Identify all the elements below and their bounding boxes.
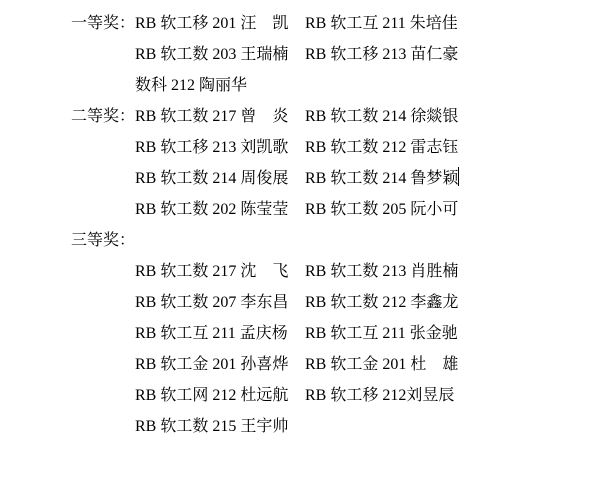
award-entry: RB 软工网 212 杜远航 <box>135 380 305 411</box>
prize-label-third: 三等奖： <box>71 225 135 256</box>
award-entry: RB 软工数 214 徐燚银 <box>305 101 614 132</box>
document-page[interactable]: 一等奖： RB 软工移 201 汪 凯 RB 软工互 211 朱培佳 RB 软工… <box>0 0 614 484</box>
award-entry: RB 软工数 213 肖胜楠 <box>305 256 614 287</box>
award-entry: RB 软工金 201 杜 雄 <box>305 349 614 380</box>
award-entry: RB 软工数 207 李东昌 <box>135 287 305 318</box>
award-entry: RB 软工数 214 周俊展 <box>135 163 305 194</box>
award-entry: RB 软工数 205 阮小可 <box>305 194 614 225</box>
prize-label-first: 一等奖： <box>71 8 135 39</box>
award-line: RB 软工数 215 王宇帅 <box>71 411 614 442</box>
award-entry: RB 软工移 213 苗仁豪 <box>305 39 614 70</box>
award-entry: RB 软工互 211 朱培佳 <box>305 8 614 39</box>
award-entry: RB 软工数 215 王宇帅 <box>135 411 305 442</box>
award-line: RB 软工数 207 李东昌 RB 软工数 212 李鑫龙 <box>71 287 614 318</box>
award-entry: RB 软工数 212 李鑫龙 <box>305 287 614 318</box>
award-line: RB 软工网 212 杜远航 RB 软工移 212刘昱辰 <box>71 380 614 411</box>
award-line: RB 软工数 214 周俊展 RB 软工数 214 鲁梦颖 <box>71 163 614 194</box>
award-entry: RB 软工数 212 雷志钰 <box>305 132 614 163</box>
award-entry: RB 软工金 201 孙喜烨 <box>135 349 305 380</box>
award-line: 一等奖： RB 软工移 201 汪 凯 RB 软工互 211 朱培佳 <box>71 8 614 39</box>
award-list: 一等奖： RB 软工移 201 汪 凯 RB 软工互 211 朱培佳 RB 软工… <box>71 8 614 442</box>
award-line: RB 软工数 202 陈莹莹 RB 软工数 205 阮小可 <box>71 194 614 225</box>
award-entry: RB 软工移 201 汪 凯 <box>135 8 305 39</box>
award-entry: RB 软工数 203 王瑞楠 <box>135 39 305 70</box>
award-entry-text: RB 软工数 214 鲁梦颖 <box>305 170 458 187</box>
award-entry: RB 软工数 214 鲁梦颖 <box>305 163 614 194</box>
award-entry: RB 软工移 213 刘凯歌 <box>135 132 305 163</box>
award-line: 二等奖： RB 软工数 217 曾 炎 RB 软工数 214 徐燚银 <box>71 101 614 132</box>
award-line: RB 软工金 201 孙喜烨 RB 软工金 201 杜 雄 <box>71 349 614 380</box>
award-entry: 数科 212 陶丽华 <box>135 70 305 101</box>
award-entry: RB 软工互 211 张金驰 <box>305 318 614 349</box>
award-entry: RB 软工数 202 陈莹莹 <box>135 194 305 225</box>
award-line: RB 软工互 211 孟庆杨 RB 软工互 211 张金驰 <box>71 318 614 349</box>
award-line: 数科 212 陶丽华 <box>71 70 614 101</box>
award-entry: RB 软工数 217 曾 炎 <box>135 101 305 132</box>
award-entry: RB 软工互 211 孟庆杨 <box>135 318 305 349</box>
award-line: RB 软工数 217 沈 飞 RB 软工数 213 肖胜楠 <box>71 256 614 287</box>
award-entry: RB 软工数 217 沈 飞 <box>135 256 305 287</box>
prize-label-second: 二等奖： <box>71 101 135 132</box>
award-line: RB 软工数 203 王瑞楠 RB 软工移 213 苗仁豪 <box>71 39 614 70</box>
award-entry: RB 软工移 212刘昱辰 <box>305 380 614 411</box>
award-line: RB 软工移 213 刘凯歌 RB 软工数 212 雷志钰 <box>71 132 614 163</box>
award-line: 三等奖： <box>71 225 614 256</box>
text-cursor <box>458 167 459 186</box>
